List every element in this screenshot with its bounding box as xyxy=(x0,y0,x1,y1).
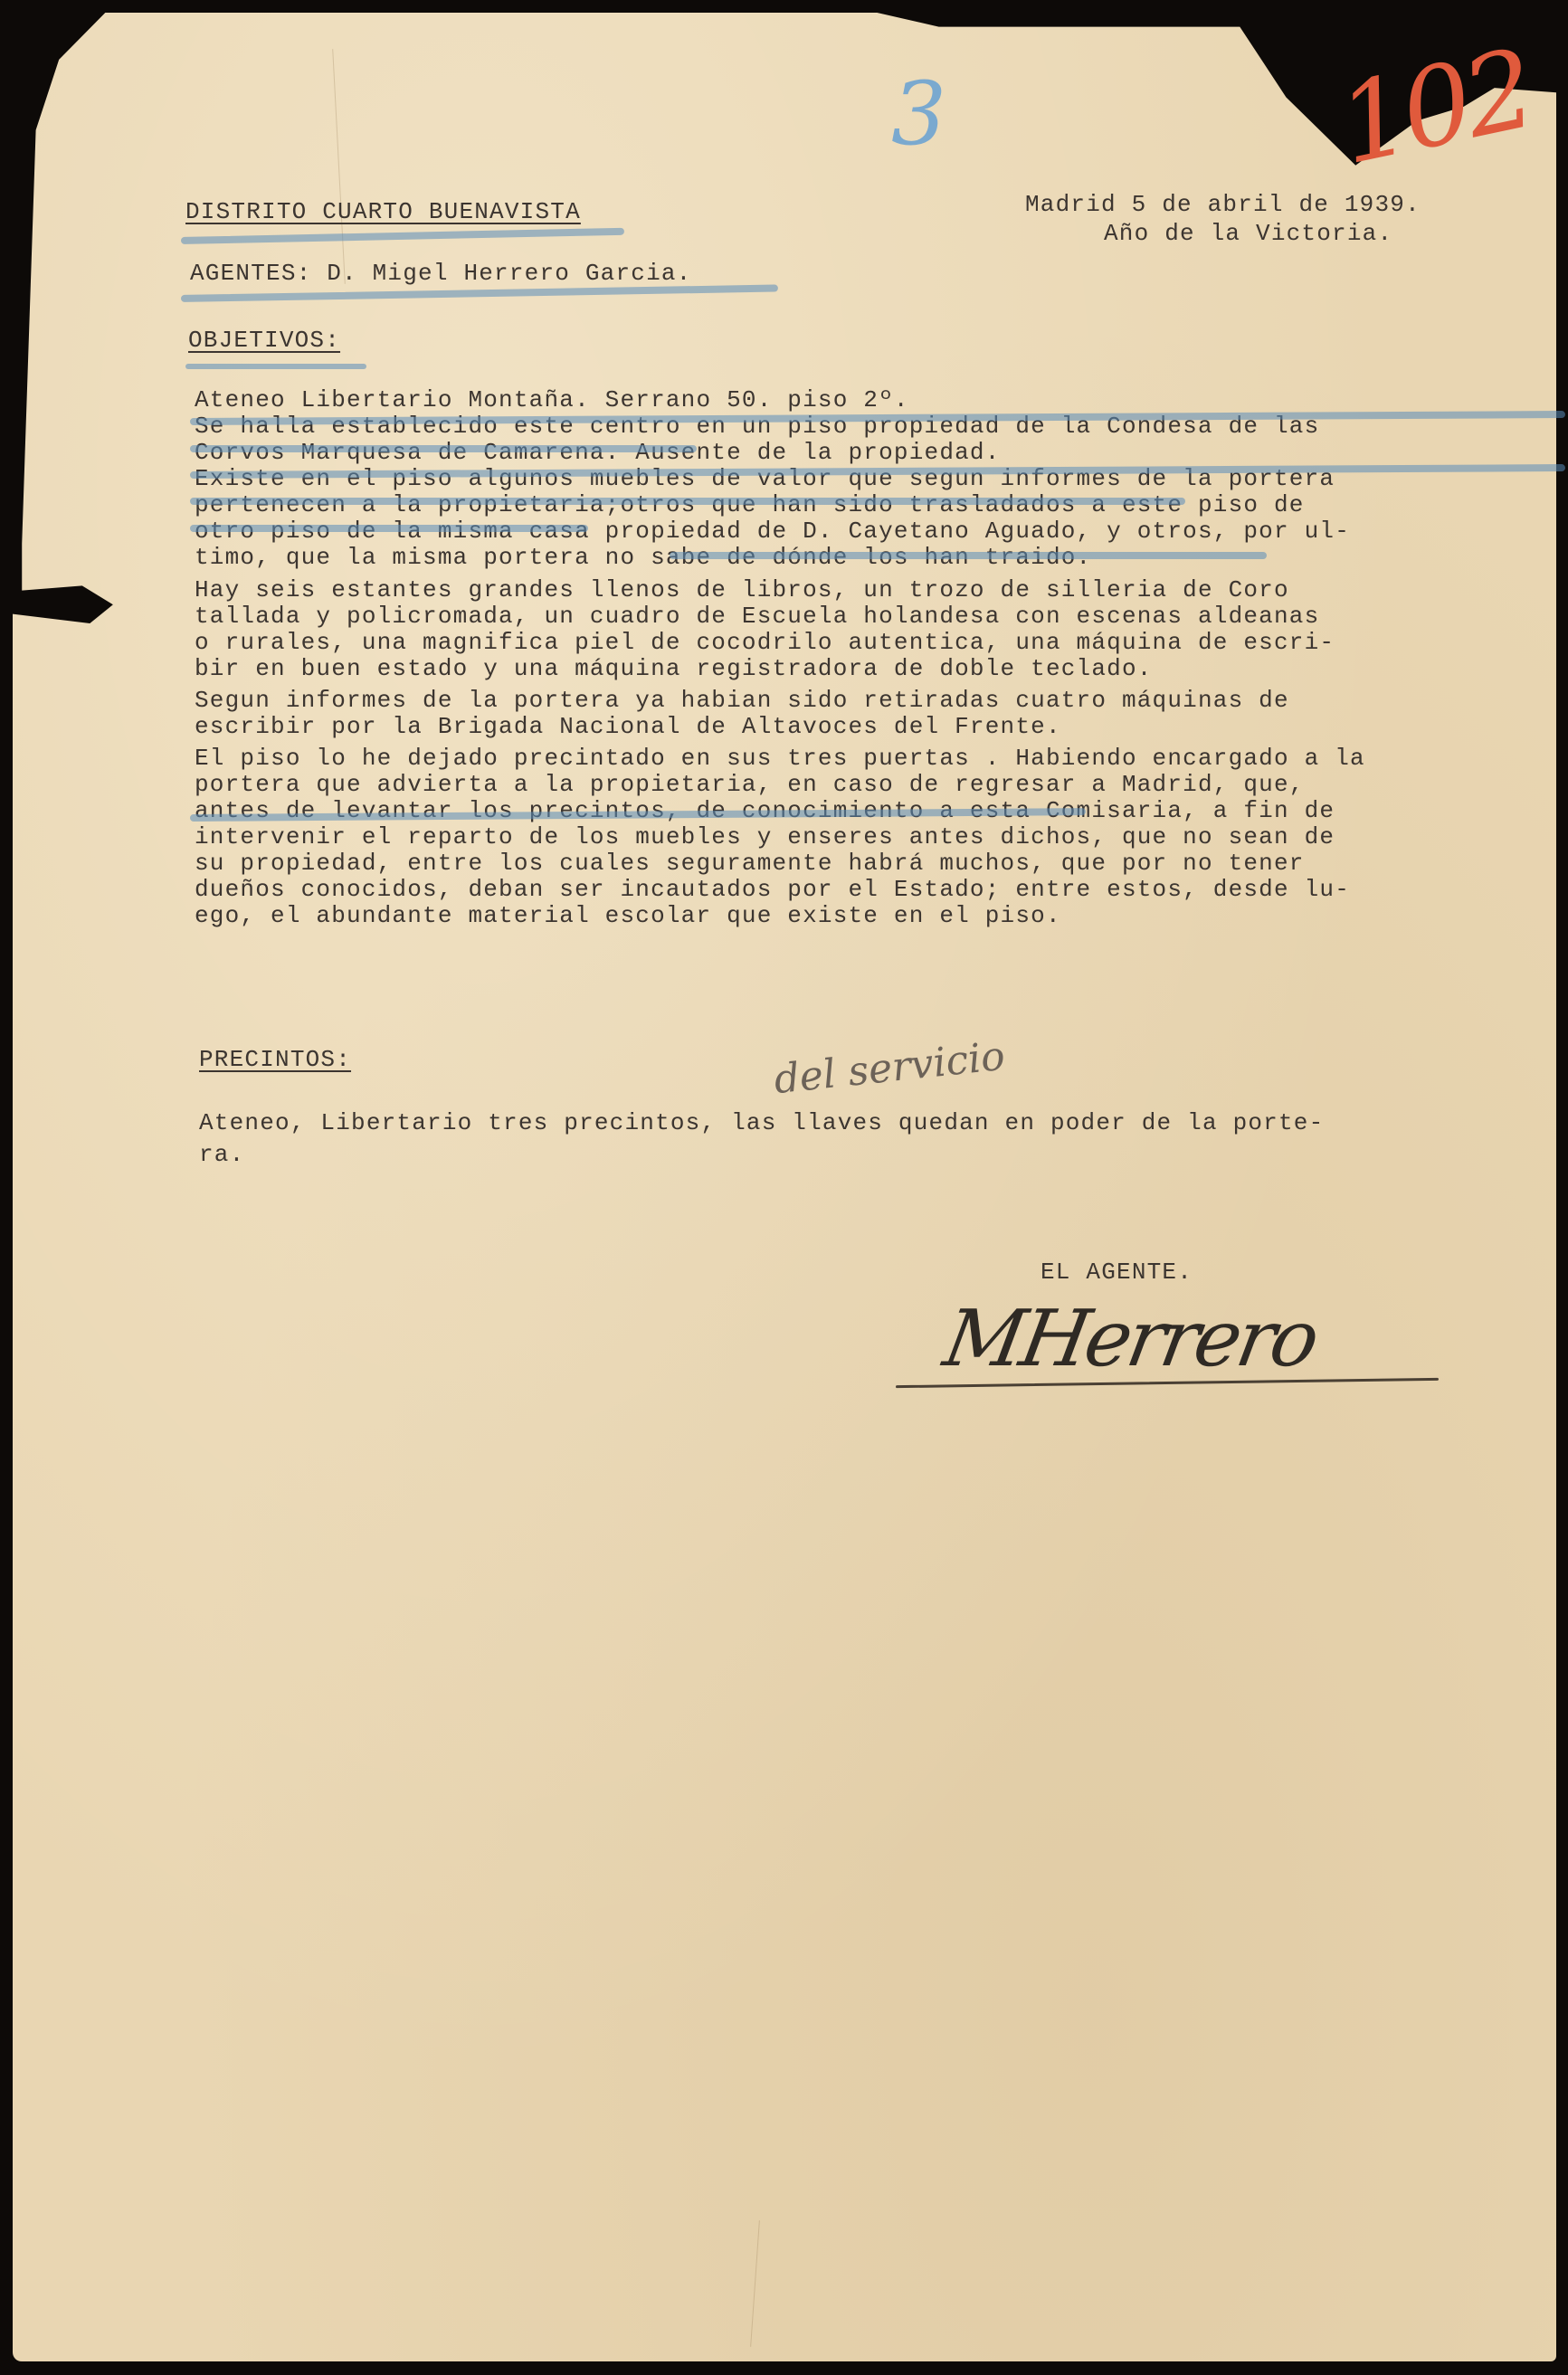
body-line: portera que advierta a la propietaria, e… xyxy=(195,770,1305,799)
paper-crack xyxy=(750,2220,760,2347)
body-line: su propiedad, entre los cuales seguramen… xyxy=(195,849,1305,878)
precintos-line: ra. xyxy=(199,1140,244,1169)
blue-highlight xyxy=(190,525,588,532)
blue-highlight xyxy=(190,445,697,452)
body-line: escribir por la Brigada Nacional de Alta… xyxy=(195,712,1061,741)
body-line: ego, el abundante material escolar que e… xyxy=(195,901,1061,930)
paper-crack xyxy=(332,49,346,284)
body-line: Hay seis estantes grandes llenos de libr… xyxy=(195,575,1289,604)
body-line: o rurales, una magnifica piel de cocodri… xyxy=(195,628,1335,657)
agents-line: AGENTES: D. Migel Herrero Garcia. xyxy=(190,259,691,288)
body-line: tallada y policromada, un cuadro de Escu… xyxy=(195,602,1319,631)
body-line: bir en buen estado y una máquina registr… xyxy=(195,654,1153,683)
blue-highlight xyxy=(190,498,1185,505)
blue-highlight xyxy=(670,552,1267,559)
body-line: Ateneo Libertario Montaña. Serrano 50. p… xyxy=(195,385,909,414)
body-line: Corvos Marquesa de Camarena. Ausente de … xyxy=(195,438,1001,467)
blue-highlight xyxy=(185,364,366,369)
date-line: Madrid 5 de abril de 1939. xyxy=(1025,190,1421,219)
body-line: Segun informes de la portera ya habian s… xyxy=(195,686,1289,715)
district-heading: DISTRITO CUARTO BUENAVISTA xyxy=(185,197,581,226)
signature: MHerrero xyxy=(937,1294,1323,1384)
precintos-line: Ateneo, Libertario tres precintos, las l… xyxy=(199,1108,1324,1137)
objetivos-heading: OBJETIVOS: xyxy=(188,326,340,355)
body-line: pertenecen a la propietaria;otros que ha… xyxy=(195,490,1305,519)
signer-title: EL AGENTE. xyxy=(1041,1258,1193,1287)
precintos-heading: PRECINTOS: xyxy=(199,1045,351,1074)
body-line: dueños conocidos, deban ser incautados p… xyxy=(195,875,1350,904)
body-line: El piso lo he dejado precintado en sus t… xyxy=(195,744,1365,773)
blue-pencil-number: 3 xyxy=(891,63,946,165)
year-line: Año de la Victoria. xyxy=(1104,219,1392,248)
body-line: intervenir el reparto de los muebles y e… xyxy=(195,822,1335,851)
